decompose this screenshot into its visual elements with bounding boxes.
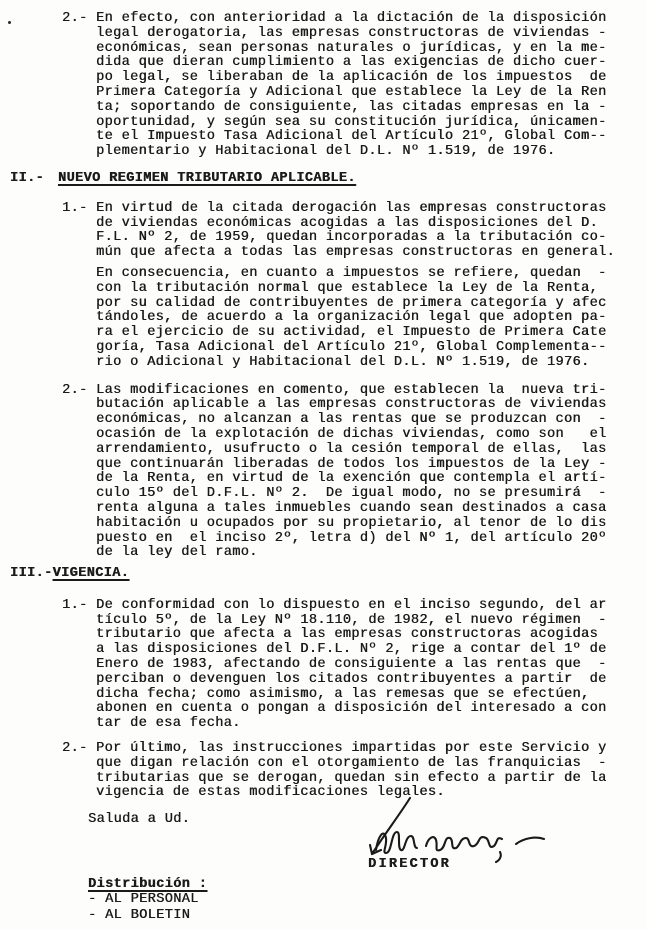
item-text: Por último, las instrucciones impartidas… — [96, 742, 640, 801]
item-text: En efecto, con anterioridad a la dictaci… — [96, 12, 640, 160]
item-text: De conformidad con lo dispuesto en el in… — [96, 599, 640, 732]
section3-item-1: 1.- De conformidad con lo dispuesto en e… — [10, 599, 640, 732]
section-label: II.- — [10, 172, 58, 187]
section3-item-2: 2.- Por último, las instrucciones impart… — [10, 742, 640, 801]
item-number: 2.- — [62, 12, 96, 27]
intro-item: 2.- En efecto, con anterioridad a la dic… — [10, 12, 640, 160]
distribution-item: - AL PERSONAL — [88, 893, 640, 908]
director-label: DIRECTOR — [368, 858, 451, 873]
section-title: NUEVO REGIMEN TRIBUTARIO APLICABLE. — [58, 172, 356, 187]
item-number: 1.- — [62, 599, 96, 614]
item-number: 2.- — [62, 742, 96, 757]
signature-block: DIRECTOR — [336, 794, 576, 886]
section-title: VIGENCIA. — [53, 567, 130, 582]
section-label: III.- — [10, 567, 53, 582]
item-text: Las modificaciones en comento, que estab… — [96, 384, 640, 562]
scanned-document-page: 2.- En efecto, con anterioridad a la dic… — [0, 0, 646, 930]
item-number: 2.- — [62, 384, 96, 399]
section-heading-nuevo-regimen: II.- NUEVO REGIMEN TRIBUTARIO APLICABLE. — [10, 172, 640, 187]
item-text: En virtud de la citada derogación las em… — [96, 202, 640, 371]
item-number: 1.- — [62, 202, 96, 217]
paragraph: En virtud de la citada derogación las em… — [96, 202, 640, 261]
paragraph: En consecuencia, en cuanto a impuestos s… — [96, 267, 640, 371]
distribution-item: - AL BOLETIN — [88, 909, 640, 924]
section-heading-vigencia: III.- VIGENCIA. — [10, 567, 640, 582]
document-body: 2.- En efecto, con anterioridad a la dic… — [0, 0, 646, 930]
section2-item-2: 2.- Las modificaciones en comento, que e… — [10, 384, 640, 562]
section2-item-1: 1.- En virtud de la citada derogación la… — [10, 202, 640, 371]
